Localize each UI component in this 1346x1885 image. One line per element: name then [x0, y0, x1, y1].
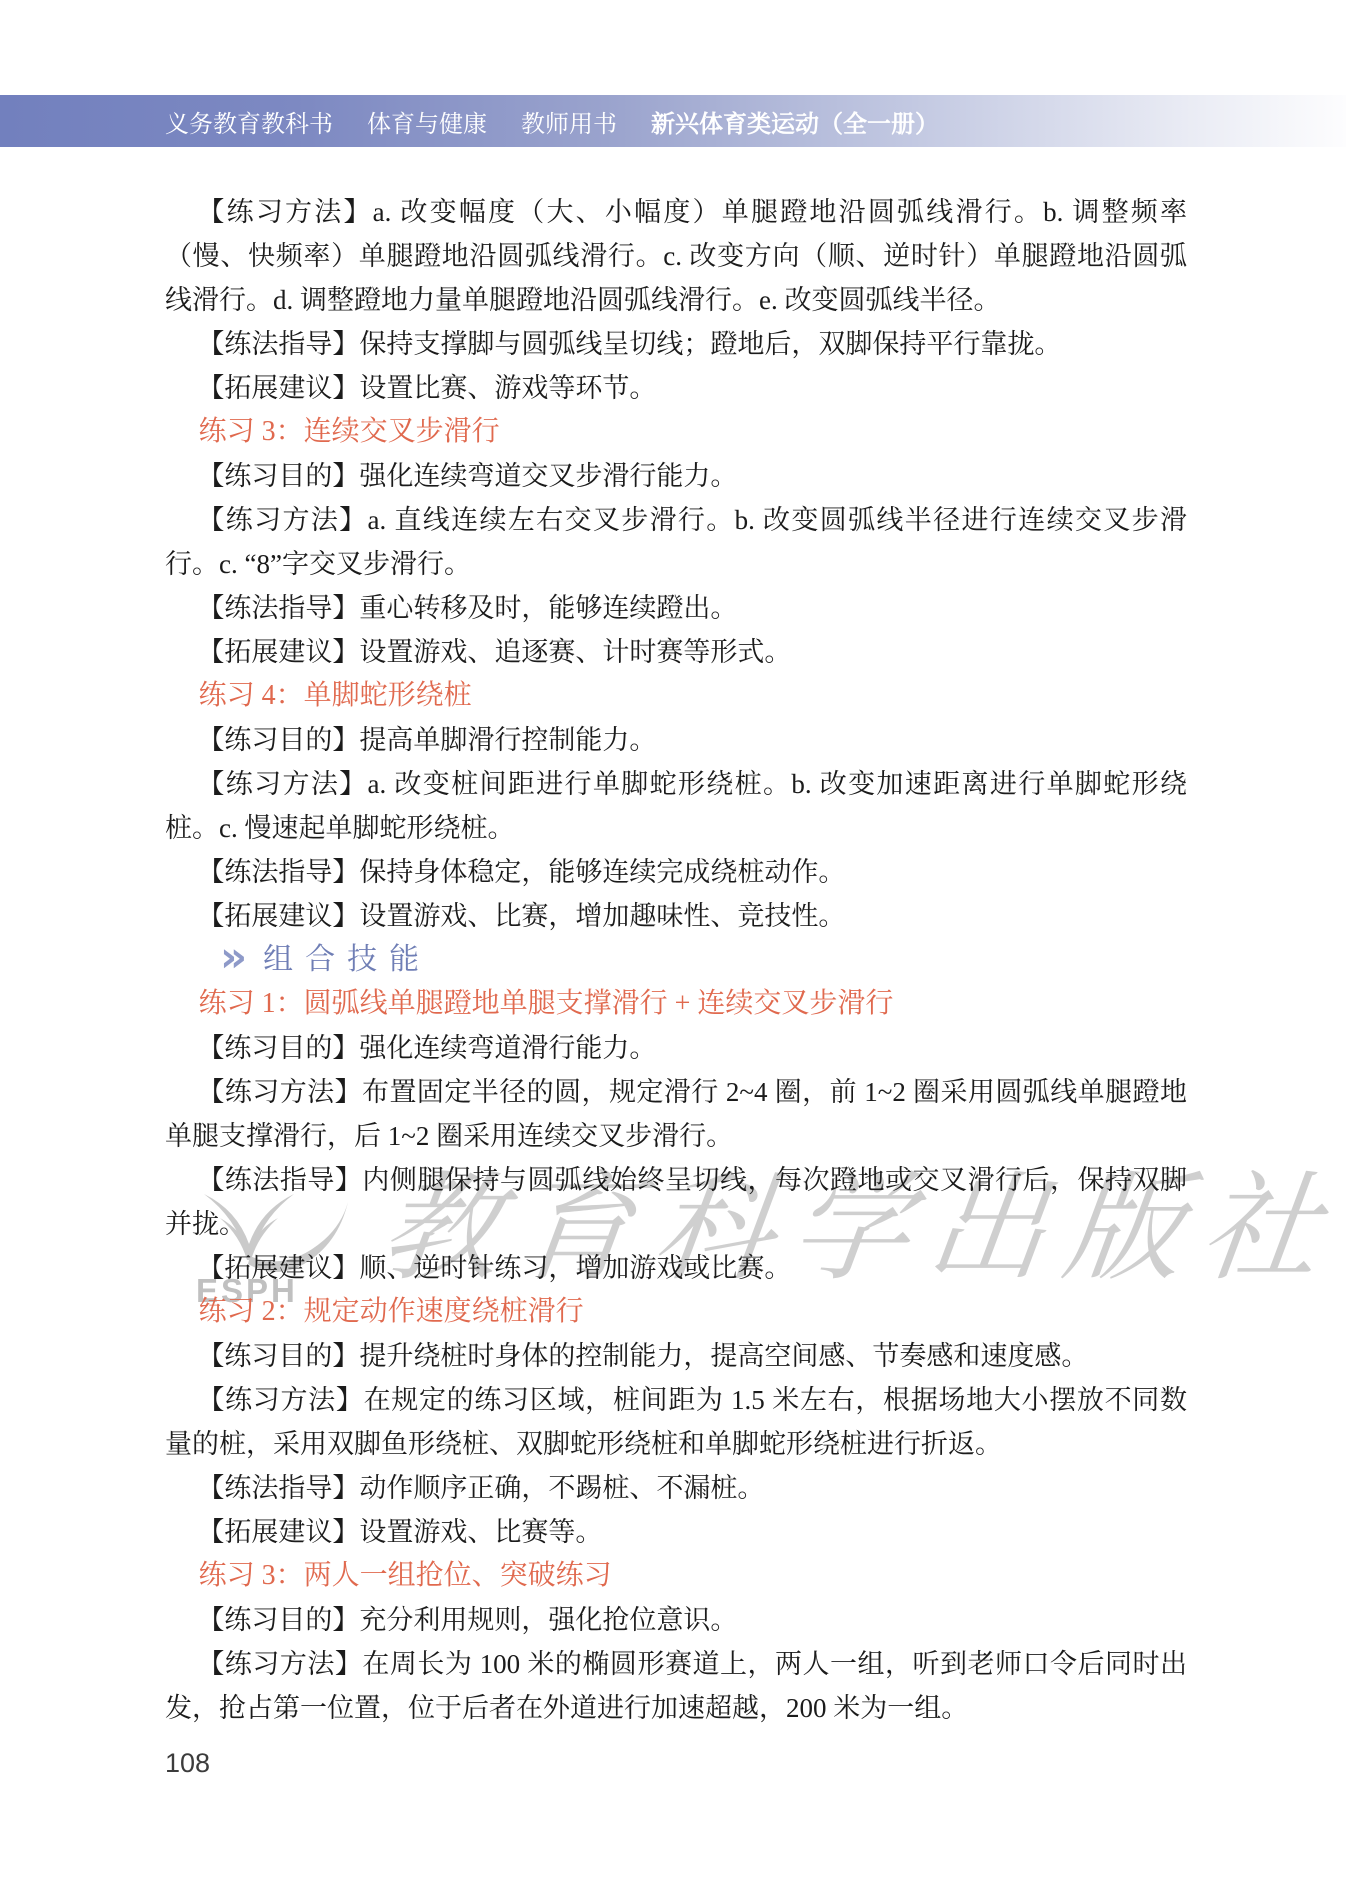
paragraph: 【练法指导】保持支撑脚与圆弧线呈切线；蹬地后，双脚保持平行靠拢。 — [165, 322, 1187, 366]
paragraph: 【练习方法】在规定的练习区域，桩间距为 1.5 米左右，根据场地大小摆放不同数量… — [165, 1378, 1187, 1466]
paragraph: 【练习方法】a. 改变幅度（大、小幅度）单腿蹬地沿圆弧线滑行。b. 调整频率（慢… — [165, 190, 1187, 322]
paragraph: 【练习目的】充分利用规则，强化抢位意识。 — [165, 1598, 1187, 1642]
paragraph: 【拓展建议】设置比赛、游戏等环节。 — [165, 366, 1187, 410]
page-body: 【练习方法】a. 改变幅度（大、小幅度）单腿蹬地沿圆弧线滑行。b. 调整频率（慢… — [165, 190, 1187, 1730]
paragraph: 【练习目的】提升绕桩时身体的控制能力，提高空间感、节奏感和速度感。 — [165, 1334, 1187, 1378]
paragraph: 【练法指导】动作顺序正确，不踢桩、不漏桩。 — [165, 1466, 1187, 1510]
paragraph: 【拓展建议】设置游戏、追逐赛、计时赛等形式。 — [165, 630, 1187, 674]
exercise-heading: 练习 2：规定动作速度绕桩滑行 — [165, 1290, 1187, 1334]
page-number: 108 — [165, 1748, 210, 1779]
header-band: 义务教育教科书 体育与健康 教师用书 新兴体育类运动（全一册） — [0, 95, 1346, 147]
paragraph: 【练法指导】重心转移及时，能够连续蹬出。 — [165, 586, 1187, 630]
exercise-heading: 练习 3：连续交叉步滑行 — [165, 410, 1187, 454]
header-book-title: 新兴体育类运动（全一册） — [651, 104, 939, 139]
exercise-heading: 练习 4：单脚蛇形绕桩 — [165, 674, 1187, 718]
paragraph: 【练习方法】a. 直线连续左右交叉步滑行。b. 改变圆弧线半径进行连续交叉步滑行… — [165, 498, 1187, 586]
paragraph: 【拓展建议】设置游戏、比赛，增加趣味性、竞技性。 — [165, 894, 1187, 938]
exercise-heading: 练习 1：圆弧线单腿蹬地单腿支撑滑行 + 连续交叉步滑行 — [165, 982, 1187, 1026]
paragraph: 【练法指导】保持身体稳定，能够连续完成绕桩动作。 — [165, 850, 1187, 894]
header-audience: 教师用书 — [521, 104, 617, 139]
paragraph: 【练法指导】内侧腿保持与圆弧线始终呈切线，每次蹬地或交叉滑行后，保持双脚并拢。 — [165, 1158, 1187, 1246]
paragraph: 【练习方法】在周长为 100 米的椭圆形赛道上，两人一组，听到老师口令后同时出发… — [165, 1642, 1187, 1730]
paragraph: 【练习方法】a. 改变桩间距进行单脚蛇形绕桩。b. 改变加速距离进行单脚蛇形绕桩… — [165, 762, 1187, 850]
paragraph: 【拓展建议】顺、逆时针练习，增加游戏或比赛。 — [165, 1246, 1187, 1290]
paragraph: 【练习目的】强化连续弯道交叉步滑行能力。 — [165, 454, 1187, 498]
header-series: 义务教育教科书 — [165, 104, 333, 139]
paragraph: 【练习目的】强化连续弯道滑行能力。 — [165, 1026, 1187, 1070]
paragraph: 【练习方法】布置固定半径的圆，规定滑行 2~4 圈，前 1~2 圈采用圆弧线单腿… — [165, 1070, 1187, 1158]
watermark-char: 社 — [1195, 1168, 1328, 1288]
textbook-page: 义务教育教科书 体育与健康 教师用书 新兴体育类运动（全一册） ESPH 教 育… — [0, 0, 1346, 1885]
skill-section-heading: » 组合技能 — [165, 938, 1187, 982]
exercise-heading: 练习 3：两人一组抢位、突破练习 — [165, 1554, 1187, 1598]
paragraph: 【拓展建议】设置游戏、比赛等。 — [165, 1510, 1187, 1554]
double-chevron-icon: » — [220, 937, 247, 977]
paragraph: 【练习目的】提高单脚滑行控制能力。 — [165, 718, 1187, 762]
header-subject: 体育与健康 — [367, 104, 487, 139]
header-running-title: 义务教育教科书 体育与健康 教师用书 新兴体育类运动（全一册） — [165, 95, 939, 147]
skill-section-label: 组合技能 — [263, 938, 431, 982]
